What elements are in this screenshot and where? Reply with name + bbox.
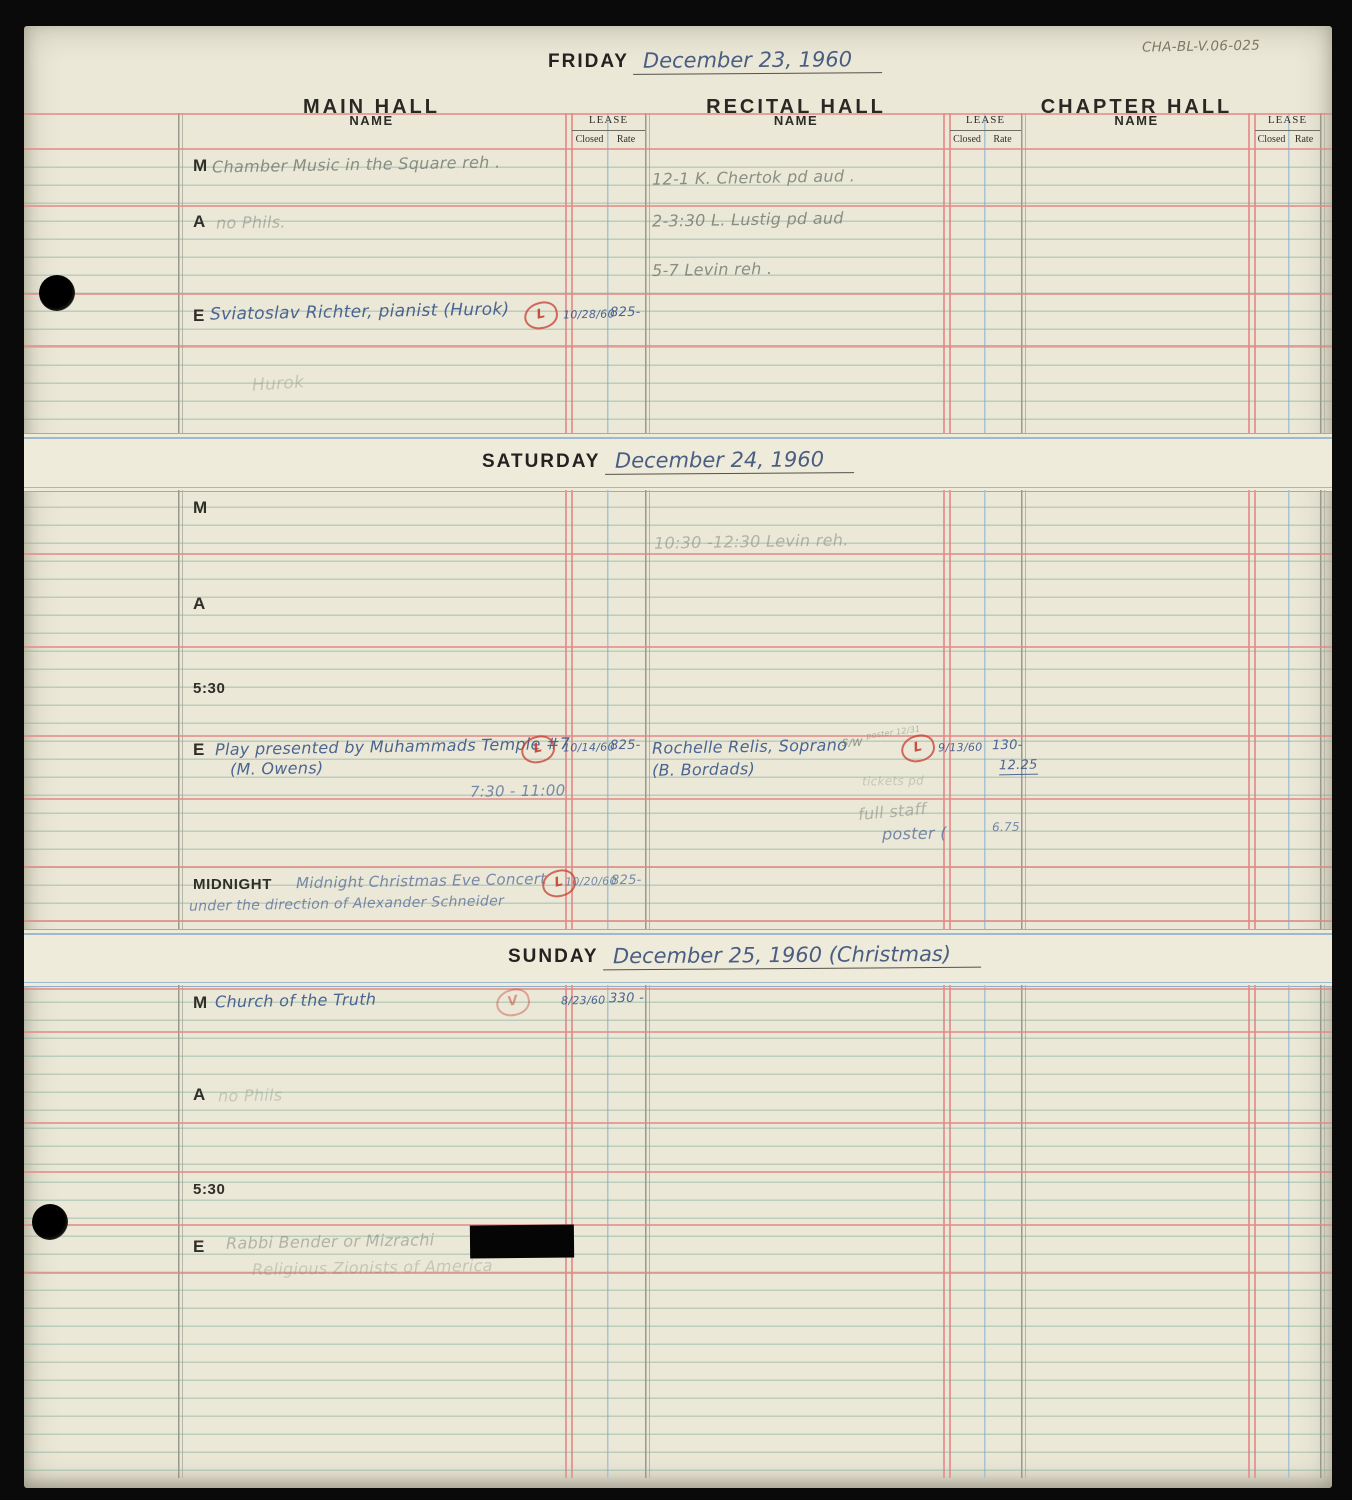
saturday-row-label-530: 5:30 <box>193 680 225 697</box>
friday-row-label-a: A <box>193 212 206 232</box>
friday-closed-date: 10/28/60 <box>563 308 615 322</box>
row-rule <box>24 866 1332 868</box>
recital-lease-header: LEASE Closed Rate <box>950 114 1021 149</box>
sunday-row-label-a: A <box>193 1085 206 1105</box>
row-rule <box>24 1224 1332 1226</box>
ruled-lines <box>24 490 1332 929</box>
saturday-recital-tickets-note: tickets pd <box>862 773 924 788</box>
friday-day-header: FRIDAY December 23, 1960 <box>548 48 883 74</box>
saturday-main-e-entry-2: (M. Owens) <box>230 758 324 779</box>
friday-row-label-e: E <box>193 306 205 326</box>
sunday-main-closed-date: 8/23/60 <box>561 994 606 1008</box>
row-rule <box>24 205 1332 207</box>
saturday-day-label: SATURDAY <box>482 451 600 472</box>
saturday-day-header: SATURDAY December 24, 1960 <box>482 448 854 474</box>
friday-pencil-note: Hurok <box>251 372 305 396</box>
sunday-row-label-530: 5:30 <box>193 1181 225 1198</box>
row-rule <box>24 646 1332 648</box>
row-rule <box>24 293 1332 295</box>
chapter-closed-label: Closed <box>1255 131 1288 149</box>
saturday-date-handwritten: December 24, 1960 <box>605 447 854 475</box>
saturday-midnight-rate-value: 825- <box>611 873 642 889</box>
recital-lease-label: LEASE <box>950 114 1021 131</box>
saturday-row-label-midnight: MIDNIGHT <box>193 876 272 893</box>
row-rule <box>24 1171 1332 1173</box>
friday-recital-entry-2: 2-3:30 L. Lustig pd aud <box>652 208 844 230</box>
saturday-main-rate-value: 825- <box>610 738 641 754</box>
row-rule <box>24 798 1332 800</box>
row-rule <box>24 988 1332 990</box>
saturday-recital-sw-note: S/W <box>842 738 863 749</box>
row-rule <box>24 1031 1332 1033</box>
saturday-main-time-note: 7:30 - 11:00 <box>470 781 566 801</box>
recital-closed-label: Closed <box>950 131 984 149</box>
main-name-header: NAME <box>178 113 565 150</box>
chapter-rate-label: Rate <box>1288 131 1320 149</box>
friday-rate-value: 825- <box>610 305 641 321</box>
saturday-recital-e-entry: Rochelle Relis, Soprano <box>652 735 847 757</box>
punch-hole-bottom <box>32 1204 68 1240</box>
sunday-main-m-entry: Church of the Truth <box>215 990 377 1012</box>
saturday-rows: M 10:30 -12:30 Levin reh. A 5:30 E Play … <box>24 490 1332 929</box>
friday-rows: M Chamber Music in the Square reh . A no… <box>24 150 1332 433</box>
chapter-lease-header: LEASE Closed Rate <box>1255 114 1320 149</box>
friday-recital-entry-1: 12-1 K. Chertok pd aud . <box>652 166 855 189</box>
ruled-lines <box>24 150 1332 433</box>
friday-recital-entry-3: 5-7 Levin reh . <box>652 259 773 280</box>
row-rule <box>24 1272 1332 1274</box>
sunday-main-a-entry: no Phils <box>218 1085 283 1105</box>
column-header-band: NAME NAME NAME LEASE Closed Rate LEASE C… <box>24 113 1332 150</box>
saturday-band: SATURDAY December 24, 1960 <box>24 433 1332 492</box>
recital-rate-label: Rate <box>984 131 1021 149</box>
chapter-name-header: NAME <box>1025 113 1248 150</box>
sunday-day-label: SUNDAY <box>508 946 599 967</box>
sunday-main-e-entry: Rabbi Bender or Mizrachi <box>226 1230 435 1253</box>
saturday-recital-poster-note: poster ( <box>882 823 947 843</box>
saturday-midnight-closed-date: 10/20/60 <box>565 875 617 889</box>
saturday-row-label-m: M <box>193 498 208 518</box>
recital-name-header: NAME <box>649 113 943 150</box>
redaction-box <box>470 1224 574 1258</box>
sunday-rows: M Church of the Truth V 8/23/60 330 - A … <box>24 985 1332 1478</box>
saturday-recital-rate-3: 6.75 <box>992 820 1020 834</box>
sunday-row-label-m: M <box>193 993 208 1013</box>
saturday-recital-e-entry-2: (B. Bordads) <box>652 759 755 780</box>
row-rule <box>24 920 1332 922</box>
row-rule <box>24 1122 1332 1124</box>
sunday-main-rate-value: 330 - <box>609 991 644 1007</box>
punch-hole-top <box>39 275 75 311</box>
saturday-recital-rate-2: 12.25 <box>999 758 1038 776</box>
friday-main-a-entry: no Phils. <box>216 212 286 232</box>
friday-date-handwritten: December 23, 1960 <box>633 47 882 75</box>
saturday-recital-closed-date: 9/13/60 <box>938 741 983 755</box>
main-lease-header: LEASE Closed Rate <box>572 114 645 149</box>
sunday-row-label-e: E <box>193 1237 205 1257</box>
friday-row-label-m: M <box>193 156 208 176</box>
main-closed-label: Closed <box>572 131 607 149</box>
friday-day-label: FRIDAY <box>548 51 629 72</box>
sunday-band: SUNDAY December 25, 1960 (Christmas) <box>24 929 1332 987</box>
saturday-recital-rate-1: 130- <box>992 738 1023 754</box>
scan-background: CHA-BL-V.06-025 FRIDAY December 23, 1960… <box>0 0 1352 1500</box>
row-rule <box>24 735 1332 737</box>
row-rule <box>24 553 1332 555</box>
row-rule <box>24 345 1332 347</box>
archive-code: CHA-BL-V.06-025 <box>1142 36 1332 55</box>
main-rate-label: Rate <box>607 131 645 149</box>
main-lease-label: LEASE <box>572 114 645 131</box>
chapter-lease-label: LEASE <box>1255 114 1320 131</box>
ruled-lines <box>24 985 1332 1478</box>
sunday-date-handwritten: December 25, 1960 (Christmas) <box>603 942 981 971</box>
saturday-row-label-e: E <box>193 740 205 760</box>
sunday-day-header: SUNDAY December 25, 1960 (Christmas) <box>508 943 981 969</box>
saturday-row-label-a: A <box>193 594 206 614</box>
saturday-main-closed-date: 10/14/60 <box>563 741 615 755</box>
ledger-page: CHA-BL-V.06-025 FRIDAY December 23, 1960… <box>24 26 1332 1488</box>
saturday-recital-m-entry: 10:30 -12:30 Levin reh. <box>654 530 849 552</box>
